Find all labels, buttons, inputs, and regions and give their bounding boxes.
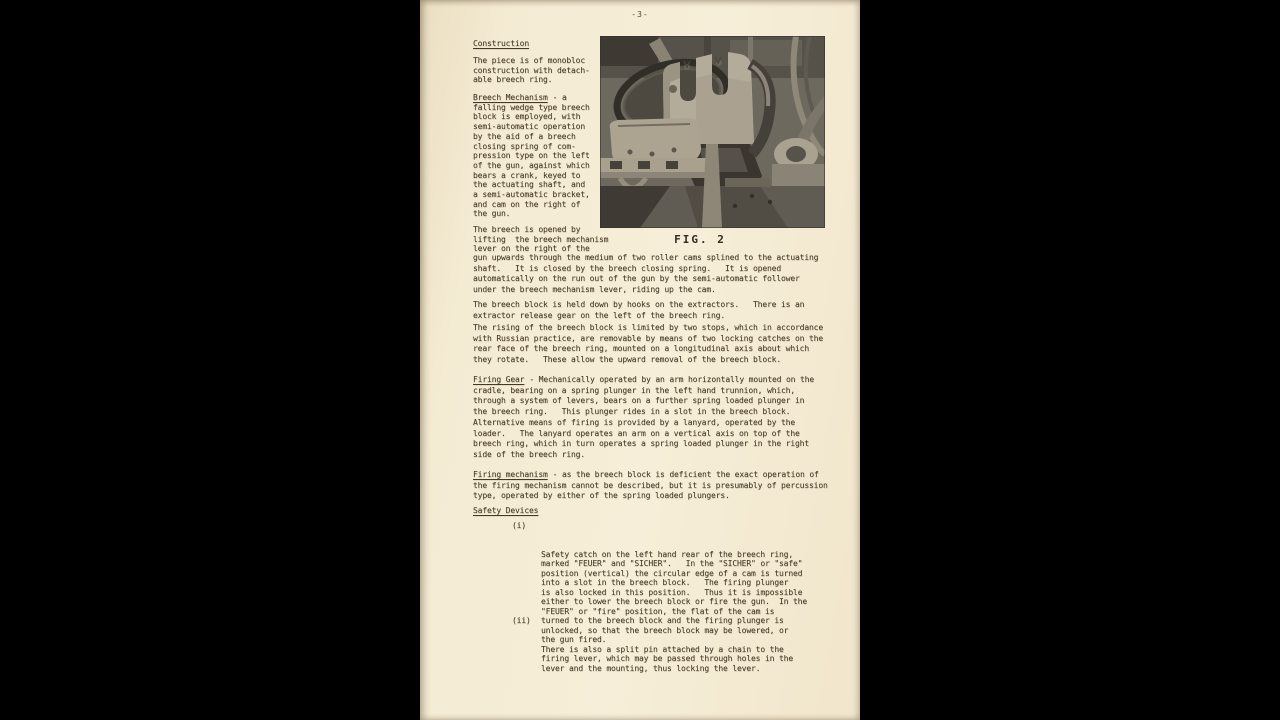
heading-firing-gear: Firing Gear bbox=[473, 375, 524, 384]
para-firing-mechanism: Firing mechanism- as the breech block is… bbox=[473, 470, 849, 502]
para-construction: The piece is of monobloc construction wi… bbox=[473, 56, 625, 85]
para-firing-gear-text: - Mechanically operated by an arm horizo… bbox=[473, 375, 814, 416]
list-item-marker: (ii) bbox=[512, 616, 531, 626]
para-breech-mechanism: Breech Mechanism- a falling wedge type b… bbox=[473, 93, 625, 219]
fig2-caption: FIG. 2 bbox=[600, 233, 800, 246]
para-firing-gear: Firing Gear- Mechanically operated by an… bbox=[473, 375, 849, 417]
fig2-photo bbox=[600, 36, 825, 228]
list-item-marker: (i) bbox=[512, 521, 526, 531]
breech-mechanism-photo bbox=[600, 36, 825, 228]
document-page: -3- bbox=[420, 0, 860, 720]
para-breech-opened-column: The breech is opened by lifting the bree… bbox=[473, 225, 625, 254]
para-rising: The rising of the breech block is limite… bbox=[473, 323, 849, 365]
heading-firing-mechanism: Firing mechanism bbox=[473, 470, 548, 479]
heading-construction: Construction bbox=[473, 39, 625, 49]
para-extractors: The breech block is held down by hooks o… bbox=[473, 300, 849, 321]
para-breech-mechanism-text: - a falling wedge type breech block is e… bbox=[473, 93, 590, 218]
para-breech-opened-continued: gun upwards through the medium of two ro… bbox=[473, 253, 849, 295]
para-lanyard: Alternative means of firing is provided … bbox=[473, 418, 849, 460]
list-item-text: There is also a split pin attached by a … bbox=[541, 645, 849, 674]
page-number: -3- bbox=[420, 10, 860, 19]
list-item-safety-2: (ii) There is also a split pin attached … bbox=[473, 616, 849, 692]
heading-breech-mechanism: Breech Mechanism bbox=[473, 93, 548, 102]
heading-safety-devices: Safety Devices bbox=[473, 506, 849, 517]
